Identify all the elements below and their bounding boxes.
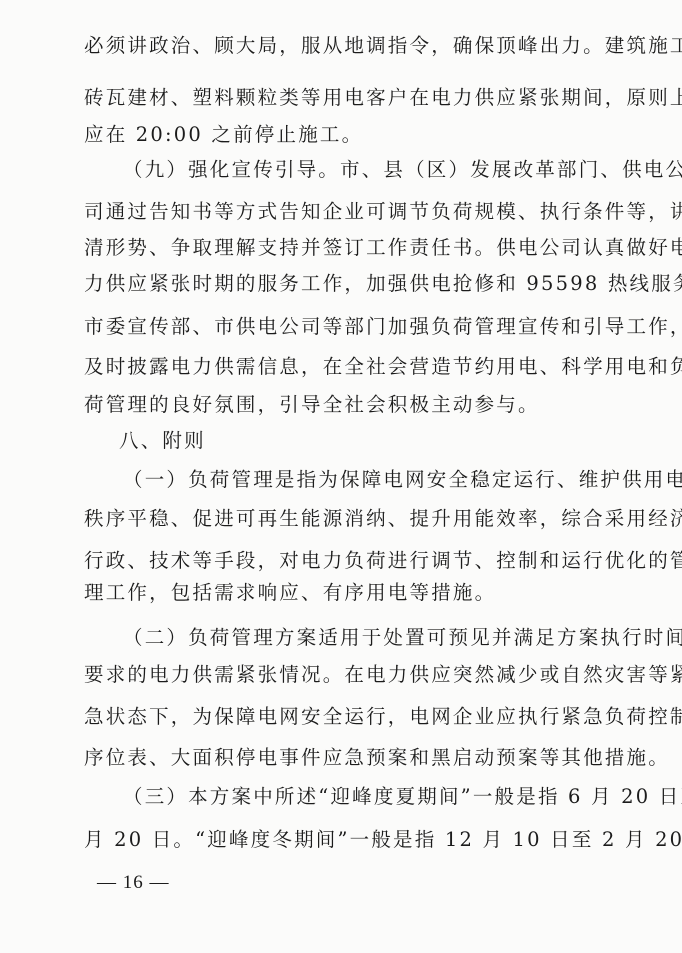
text-line: 秩序平稳、促进可再生能源消纳、提升用能效率，综合采用经济、 — [84, 507, 682, 531]
paragraph-2-first-line: （二）负荷管理方案适用于处置可预见并满足方案执行时间 — [123, 626, 682, 650]
document-page: 必须讲政治、顾大局，服从地调指令，确保顶峰出力。建筑施工、 砖瓦建材、塑料颗粒类… — [0, 0, 682, 953]
text-line: 荷管理的良好氛围，引导全社会积极主动参与。 — [84, 393, 540, 417]
paragraph-1-first-line: （一）负荷管理是指为保障电网安全稳定运行、维护供用电 — [123, 468, 682, 492]
text-line: 应在 20:00 之前停止施工。 — [84, 123, 363, 147]
paragraph-3-first-line: （三）本方案中所述“迎峰度夏期间”一般是指 6 月 20 日至 9 — [123, 785, 682, 809]
text-line: 急状态下，为保障电网安全运行，电网企业应执行紧急负荷控制 — [84, 705, 682, 729]
text-line: 序位表、大面积停电事件应急预案和黑启动预案等其他措施。 — [84, 746, 670, 770]
paragraph-9-heading-line: （九）强化宣传引导。市、县（区）发展改革部门、供电公 — [123, 158, 682, 182]
text-line: 力供应紧张时期的服务工作，加强供电抢修和 95598 热线服务。 — [84, 272, 682, 296]
text-line: 月 20 日。“迎峰度冬期间”一般是指 12 月 10 日至 2 月 20 日“… — [84, 828, 682, 852]
text-line: 司通过告知书等方式告知企业可调节负荷规模、执行条件等，讲 — [84, 200, 682, 224]
text-line: 理工作，包括需求响应、有序用电等措施。 — [84, 581, 496, 605]
section-heading: 八、附则 — [119, 429, 206, 453]
text-line: 要求的电力供需紧张情况。在电力供应突然减少或自然灾害等紧 — [84, 663, 682, 687]
text-line: 必须讲政治、顾大局，服从地调指令，确保顶峰出力。建筑施工、 — [84, 34, 682, 58]
text-line: 清形势、争取理解支持并签订工作责任书。供电公司认真做好电 — [84, 236, 682, 260]
page-number: — 16 — — [97, 872, 170, 894]
text-line: 砖瓦建材、塑料颗粒类等用电客户在电力供应紧张期间，原则上 — [84, 86, 682, 110]
text-line: 市委宣传部、市供电公司等部门加强负荷管理宣传和引导工作， — [84, 315, 682, 339]
text-line: 行政、技术等手段，对电力负荷进行调节、控制和运行优化的管 — [84, 549, 682, 573]
text-line: 及时披露电力供需信息，在全社会营造节约用电、科学用电和负 — [84, 355, 682, 379]
